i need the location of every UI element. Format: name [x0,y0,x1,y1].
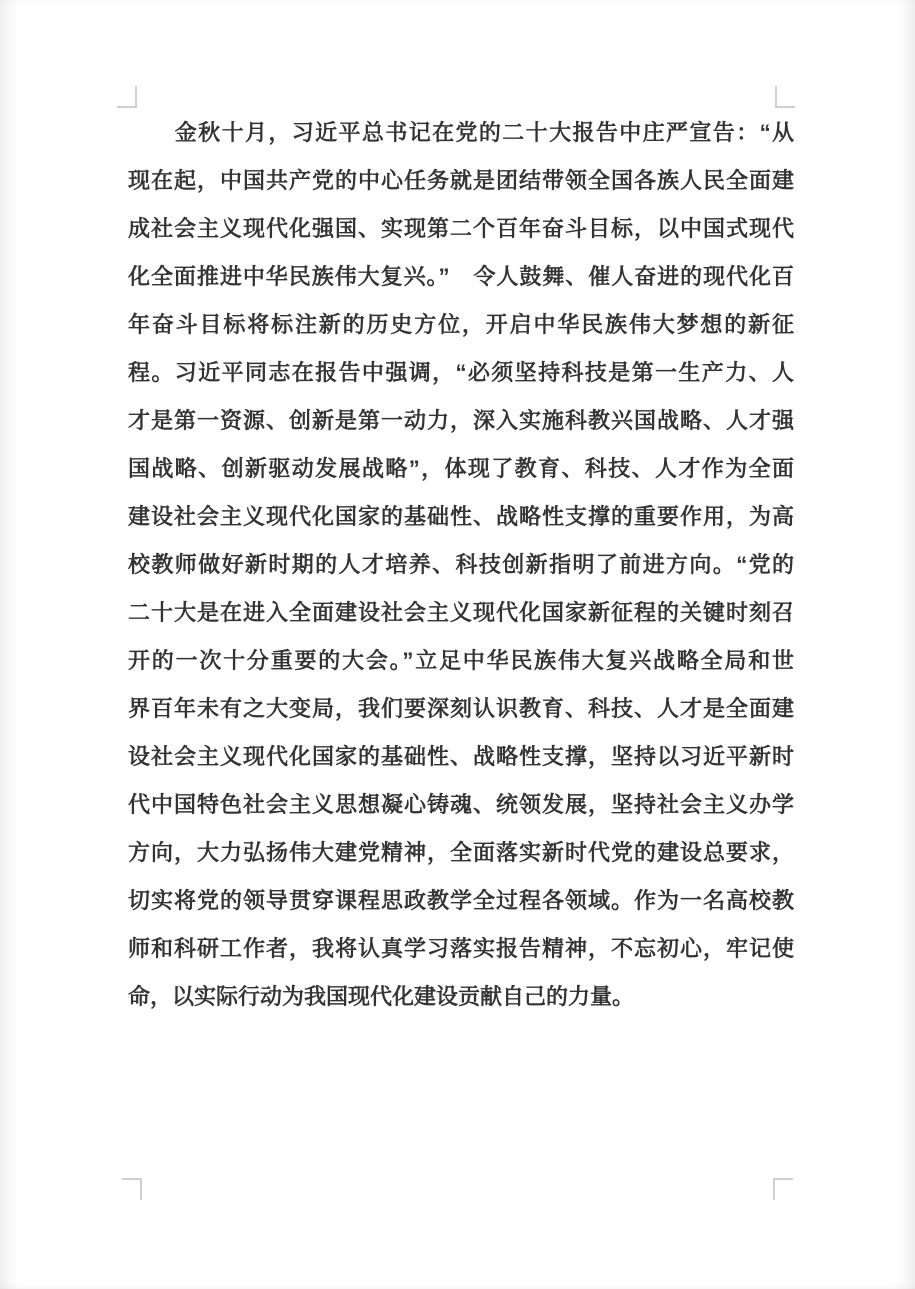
text-line: 方向，大力弘扬伟大建党精神，全面落实新时代党的建设总要求， [128,829,794,877]
text-line: 化全面推进中华民族伟大复兴。” 令人鼓舞、催人奋进的现代化百 [128,253,794,301]
text-line: 现在起，中国共产党的中心任务就是团结带领全国各族人民全面建 [128,157,794,205]
text-line: 切实将党的领导贯穿课程思政教学全过程各领域。作为一名高校教 [128,877,794,925]
crop-mark-top-right-icon [775,86,795,108]
text-line: 校教师做好新时期的人才培养、科技创新指明了前进方向。“党的 [128,541,794,589]
crop-mark-bottom-left-icon [122,1178,142,1200]
text-line: 才是第一资源、创新是第一动力，深入实施科教兴国战略、人才强 [128,397,794,445]
text-line: 国战略、创新驱动发展战略”，体现了教育、科技、人才作为全面 [128,445,794,493]
text-line: 年奋斗目标将标注新的历史方位，开启中华民族伟大梦想的新征 [128,301,794,349]
text-line: 建设社会主义现代化国家的基础性、战略性支撑的重要作用，为高 [128,493,794,541]
text-line: 开的一次十分重要的大会。”立足中华民族伟大复兴战略全局和世 [128,637,794,685]
text-line: 程。习近平同志在报告中强调，“必须坚持科技是第一生产力、人 [128,349,794,397]
text-line: 设社会主义现代化国家的基础性、战略性支撑，坚持以习近平新时 [128,733,794,781]
paragraph: 金秋十月，习近平总书记在党的二十大报告中庄严宣告：“从现在起，中国共产党的中心任… [128,109,794,1021]
crop-mark-bottom-right-icon [773,1178,793,1200]
text-line: 成社会主义现代化强国、实现第二个百年奋斗目标，以中国式现代 [128,205,794,253]
text-line: 界百年未有之大变局，我们要深刻认识教育、科技、人才是全面建 [128,685,794,733]
text-line: 金秋十月，习近平总书记在党的二十大报告中庄严宣告：“从 [128,109,794,157]
text-line: 师和科研工作者，我将认真学习落实报告精神，不忘初心，牢记使 [128,925,794,973]
crop-mark-top-left-icon [117,86,137,108]
text-line: 代中国特色社会主义思想凝心铸魂、统领发展，坚持社会主义办学 [128,781,794,829]
text-line: 命，以实际行动为我国现代化建设贡献自己的力量。 [128,973,794,1021]
text-line: 二十大是在进入全面建设社会主义现代化国家新征程的关键时刻召 [128,589,794,637]
